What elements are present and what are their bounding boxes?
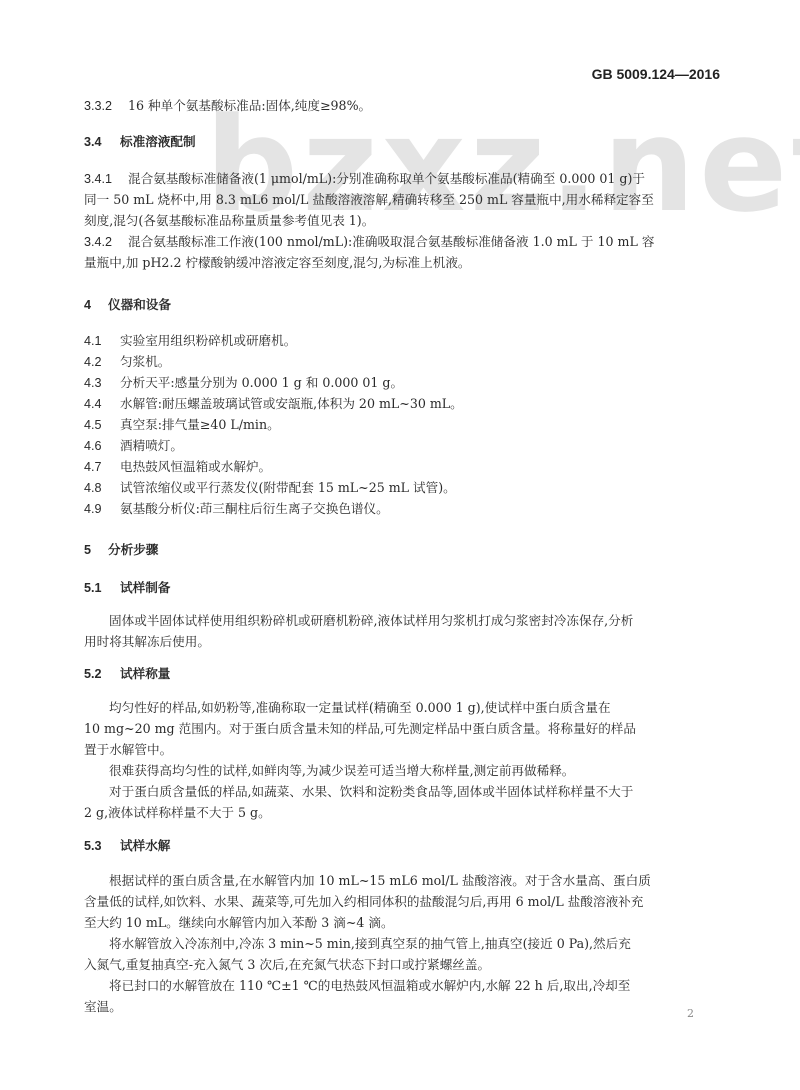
paragraph-line: 刻度,混匀(各氨基酸标准品称量质量参考值见表 1)。 (84, 213, 720, 229)
paragraph-line: 10 mg~20 mg 范围内。对于蛋白质含量未知的样品,可先测定样品中蛋白质含… (84, 721, 720, 737)
clause-number: 3.4.2 (84, 234, 128, 250)
paragraph-line: 2 g,液体试样称样量不大于 5 g。 (84, 805, 720, 821)
watermark: bzxz.net (205, 100, 800, 230)
clause-number: 4.9 (84, 501, 120, 517)
paragraph-line: 根据试样的蛋白质含量,在水解管内加 10 mL~15 mL6 mol/L 盐酸溶… (84, 873, 720, 889)
clause-text: 16 种单个氨基酸标准品:固体,纯度≥98%。 (128, 98, 371, 113)
clause-number: 3.3.2 (84, 98, 128, 114)
section-heading-3-4: 3.4标准溶液配制 (84, 134, 720, 150)
clause-4-3: 4.3分析天平:感量分别为 0.000 1 g 和 0.000 01 g。 (84, 375, 720, 391)
section-title: 仪器和设备 (108, 297, 171, 312)
clause-4-4: 4.4水解管:耐压螺盖玻璃试管或安瓿瓶,体积为 20 mL~30 mL。 (84, 396, 720, 412)
section-title: 分析步骤 (108, 542, 158, 557)
clause-text: 真空泵:排气量≥40 L/min。 (120, 417, 280, 432)
clause-text: 试管浓缩仪或平行蒸发仪(附带配套 15 mL~25 mL 试管)。 (120, 480, 456, 495)
clause-4-1: 4.1实验室用组织粉碎机或研磨机。 (84, 333, 720, 349)
clause-text: 混合氨基酸标准储备液(1 μmol/mL):分别准确称取单个氨基酸标准品(精确至… (128, 171, 645, 186)
paragraph-line: 同一 50 mL 烧杯中,用 8.3 mL6 mol/L 盐酸溶液溶解,精确转移… (84, 192, 720, 208)
paragraph-line: 置于水解管中。 (84, 742, 720, 758)
section-number: 5 (84, 542, 108, 558)
paragraph-line: 量瓶中,加 pH2.2 柠檬酸钠缓冲溶液定容至刻度,混匀,为标准上机液。 (84, 255, 720, 271)
section-heading-5-2: 5.2试样称量 (84, 666, 720, 682)
clause-number: 4.7 (84, 459, 120, 475)
section-heading-5-3: 5.3试样水解 (84, 838, 720, 854)
section-number: 5.1 (84, 580, 120, 596)
paragraph-line: 固体或半固体试样使用组织粉碎机或研磨机粉碎,液体试样用匀浆机打成匀浆密封冷冻保存… (84, 613, 720, 629)
clause-number: 4.2 (84, 354, 120, 370)
clause-number: 4.1 (84, 333, 120, 349)
clause-text: 水解管:耐压螺盖玻璃试管或安瓿瓶,体积为 20 mL~30 mL。 (120, 396, 463, 411)
clause-number: 4.6 (84, 438, 120, 454)
clause-text: 氨基酸分析仪:茚三酮柱后衍生离子交换色谱仪。 (120, 501, 389, 516)
standard-code: GB 5009.124—2016 (592, 66, 720, 82)
section-title: 标准溶液配制 (120, 134, 196, 149)
paragraph-line: 含量低的试样,如饮料、水果、蔬菜等,可先加入约相同体积的盐酸混匀后,再用 6 m… (84, 894, 720, 910)
clause-text: 混合氨基酸标准工作液(100 nmol/mL):准确吸取混合氨基酸标准储备液 1… (128, 234, 654, 249)
paragraph-line: 将已封口的水解管放在 110 ℃±1 ℃的电热鼓风恒温箱或水解炉内,水解 22 … (84, 978, 720, 994)
paragraph-line: 用时将其解冻后使用。 (84, 634, 720, 650)
paragraph-line: 对于蛋白质含量低的样品,如蔬菜、水果、饮料和淀粉类食品等,固体或半固体试样称样量… (84, 784, 720, 800)
clause-4-5: 4.5真空泵:排气量≥40 L/min。 (84, 417, 720, 433)
paragraph-line: 将水解管放入冷冻剂中,冷冻 3 min~5 min,接到真空泵的抽气管上,抽真空… (84, 936, 720, 952)
clause-4-9: 4.9氨基酸分析仪:茚三酮柱后衍生离子交换色谱仪。 (84, 501, 720, 517)
clause-3-4-2: 3.4.2混合氨基酸标准工作液(100 nmol/mL):准确吸取混合氨基酸标准… (84, 234, 720, 250)
clause-text: 电热鼓风恒温箱或水解炉。 (120, 459, 271, 474)
paragraph-line: 至大约 10 mL。继续向水解管内加入苯酚 3 滴~4 滴。 (84, 915, 720, 931)
section-heading-5: 5分析步骤 (84, 542, 720, 558)
section-number: 3.4 (84, 134, 120, 150)
paragraph-line: 室温。 (84, 999, 720, 1015)
clause-3-3-2: 3.3.216 种单个氨基酸标准品:固体,纯度≥98%。 (84, 98, 720, 114)
clause-text: 匀浆机。 (120, 354, 170, 369)
clause-number: 4.8 (84, 480, 120, 496)
section-heading-4: 4仪器和设备 (84, 297, 720, 313)
section-heading-5-1: 5.1试样制备 (84, 580, 720, 596)
clause-text: 分析天平:感量分别为 0.000 1 g 和 0.000 01 g。 (120, 375, 403, 390)
section-title: 试样制备 (120, 580, 170, 595)
clause-text: 实验室用组织粉碎机或研磨机。 (120, 333, 296, 348)
clause-4-8: 4.8试管浓缩仪或平行蒸发仪(附带配套 15 mL~25 mL 试管)。 (84, 480, 720, 496)
clause-3-4-1: 3.4.1混合氨基酸标准储备液(1 μmol/mL):分别准确称取单个氨基酸标准… (84, 171, 720, 187)
section-title: 试样水解 (120, 838, 170, 853)
clause-number: 3.4.1 (84, 171, 128, 187)
clause-4-2: 4.2匀浆机。 (84, 354, 720, 370)
paragraph-line: 入氮气,重复抽真空-充入氮气 3 次后,在充氮气状态下封口或拧紧螺丝盖。 (84, 957, 720, 973)
clause-number: 4.3 (84, 375, 120, 391)
paragraph-line: 很难获得高均匀性的试样,如鲜肉等,为减少误差可适当增大称样量,测定前再做稀释。 (84, 763, 720, 779)
clause-text: 酒精喷灯。 (120, 438, 183, 453)
paragraph-line: 均匀性好的样品,如奶粉等,准确称取一定量试样(精确至 0.000 1 g),使试… (84, 700, 720, 716)
clause-4-7: 4.7电热鼓风恒温箱或水解炉。 (84, 459, 720, 475)
clause-4-6: 4.6酒精喷灯。 (84, 438, 720, 454)
section-title: 试样称量 (120, 666, 170, 681)
clause-number: 4.5 (84, 417, 120, 433)
clause-number: 4.4 (84, 396, 120, 412)
section-number: 5.2 (84, 666, 120, 682)
section-number: 4 (84, 297, 108, 313)
section-number: 5.3 (84, 838, 120, 854)
